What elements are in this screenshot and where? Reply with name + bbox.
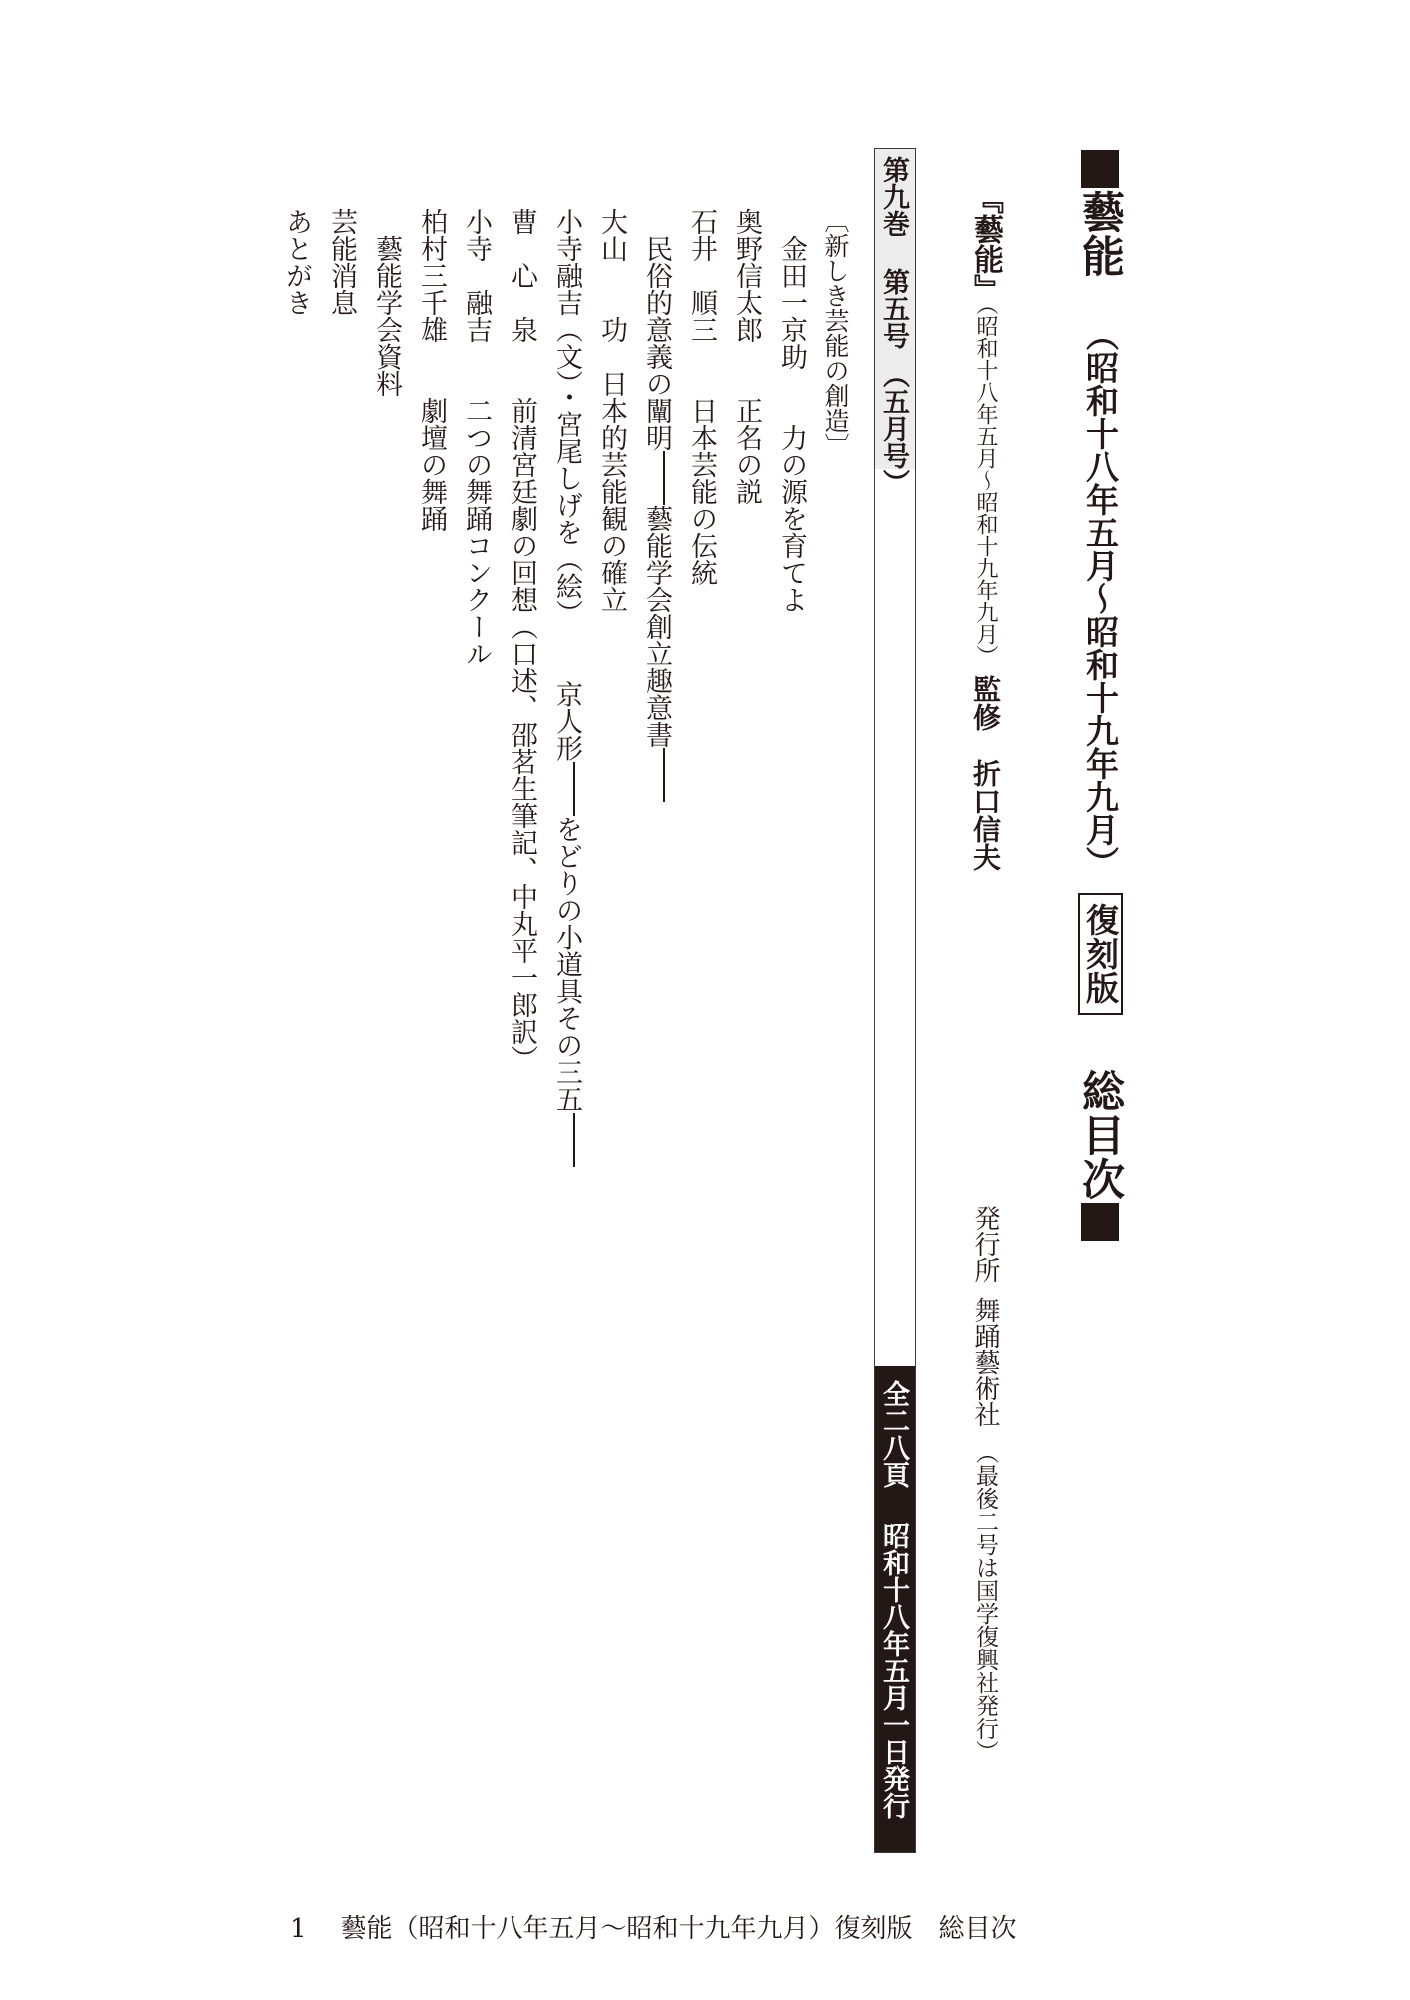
issue-month: （五月号） (878, 361, 909, 496)
toc-entry: 曹 心 泉前清宮廷劇の回想（口述、邵茗生筆記、中丸平一郎訳） (508, 208, 535, 1072)
em-dash-rule (573, 762, 575, 816)
toc-entry: 小寺 融吉二つの舞踊コンクール (463, 208, 490, 667)
issue-pages: 全二八頁 (878, 1380, 909, 1488)
em-dash-rule (663, 451, 665, 505)
entry-title: 日本的芸能観の確立 (596, 370, 627, 613)
entry-title: 二つの舞踊コンクール (461, 397, 492, 667)
toc-entry: 石井 順三日本芸能の伝統 (688, 208, 715, 586)
toc-entry: 藝能学会資料 (373, 235, 400, 397)
footer-title: 藝能（昭和十八年五月〜昭和十九年九月）復刻版 総目次 (341, 1914, 1017, 1944)
entry-title: 劇壇の舞踊 (416, 397, 447, 532)
entry-title: 藝能学会資料 (371, 235, 402, 397)
em-dash-rule (663, 748, 665, 802)
title-range: （昭和十八年五月〜昭和十九年九月） (1081, 318, 1120, 879)
issue-label: 第九巻 第五号（五月号） (880, 156, 907, 496)
entry-author: 小寺 融吉 (461, 208, 492, 343)
issue-info: 全二八頁昭和十八年五月一日発行 (880, 1380, 907, 1819)
supervision-label: 監修 (969, 675, 1002, 731)
title-label: 総目次 (1075, 1069, 1125, 1201)
entry-title: 京人形 (551, 681, 582, 762)
toc-entry: 柏村三千雄劇壇の舞踊 (418, 208, 445, 532)
em-dash-rule (573, 1113, 575, 1167)
entry-author: 曹 心 泉 (506, 208, 537, 343)
publisher-note: （最後二号は国学復興社発行） (972, 1441, 998, 1763)
toc-entry: 民俗的意義の闡明藝能学会創立趣意書 (643, 235, 677, 802)
section-title: 〔新しき芸能の創造〕 (821, 208, 850, 458)
square-bullet-icon (1081, 1203, 1119, 1241)
entry-title: あとがき (281, 208, 312, 316)
publisher-name: 舞踊藝術社 (970, 1297, 1000, 1427)
square-bullet-icon (1081, 150, 1119, 188)
entry-author: 奥野信太郎 (731, 208, 762, 343)
entry-author: 柏村三千雄 (416, 208, 447, 343)
issue-volume: 第九巻 第五号 (878, 156, 909, 349)
toc-entry: あとがき (283, 208, 310, 316)
toc-entry: 小寺融吉（文）・宮尾しげを（絵）京人形をどりの小道具その三五 (553, 208, 587, 1167)
entry-subtitle: をどりの小道具その三五 (551, 816, 582, 1113)
page-footer: 1藝能（昭和十八年五月〜昭和十九年九月）復刻版 総目次 (290, 1908, 1017, 1945)
page-number: 1 (290, 1914, 307, 1944)
entry-title: 前清宮廷劇の回想（口述、邵茗生筆記、中丸平一郎訳） (506, 397, 537, 1072)
edition-badge: 復刻版 (1078, 893, 1123, 1015)
entry-title: 力の源を育てよ (776, 424, 807, 613)
supervision-journal: 『藝能』 (968, 184, 1003, 304)
issue-date: 昭和十八年五月一日発行 (878, 1522, 909, 1819)
supervisor-name: 折口信夫 (969, 759, 1002, 871)
entry-author: 石井 順三 (686, 208, 717, 343)
supervision-range: （昭和十八年五月〜昭和十九年九月） (973, 304, 998, 667)
entry-title: 日本芸能の伝統 (686, 397, 717, 586)
entry-title: 正名の説 (731, 397, 762, 505)
toc-entry: 奥野信太郎正名の説 (733, 208, 760, 505)
entry-subtitle: 藝能学会創立趣意書 (641, 505, 672, 748)
entry-author: 金田一京助 (776, 235, 807, 370)
toc-entry: 金田一京助力の源を育てよ (778, 235, 805, 613)
toc-entry: 大山 功日本的芸能観の確立 (598, 208, 625, 613)
publisher-label: 発行所 (970, 1205, 1000, 1283)
entry-author: 小寺融吉（文）・宮尾しげを（絵） (551, 208, 582, 627)
toc-entry: 芸能消息 (328, 208, 355, 316)
page-title: 藝能（昭和十八年五月〜昭和十九年九月）復刻版総目次 (1078, 148, 1123, 1243)
entry-title: 芸能消息 (326, 208, 357, 316)
publisher-line: 発行所舞踊藝術社（最後二号は国学復興社発行） (972, 1205, 998, 1763)
entry-title: 民俗的意義の闡明 (641, 235, 672, 451)
title-journal: 藝能 (1075, 190, 1125, 278)
supervision-line: 『藝能』（昭和十八年五月〜昭和十九年九月）監修折口信夫 (970, 184, 1000, 871)
toc-section-heading: 〔新しき芸能の創造〕 (822, 208, 849, 458)
entry-author: 大山 功 (596, 208, 627, 343)
